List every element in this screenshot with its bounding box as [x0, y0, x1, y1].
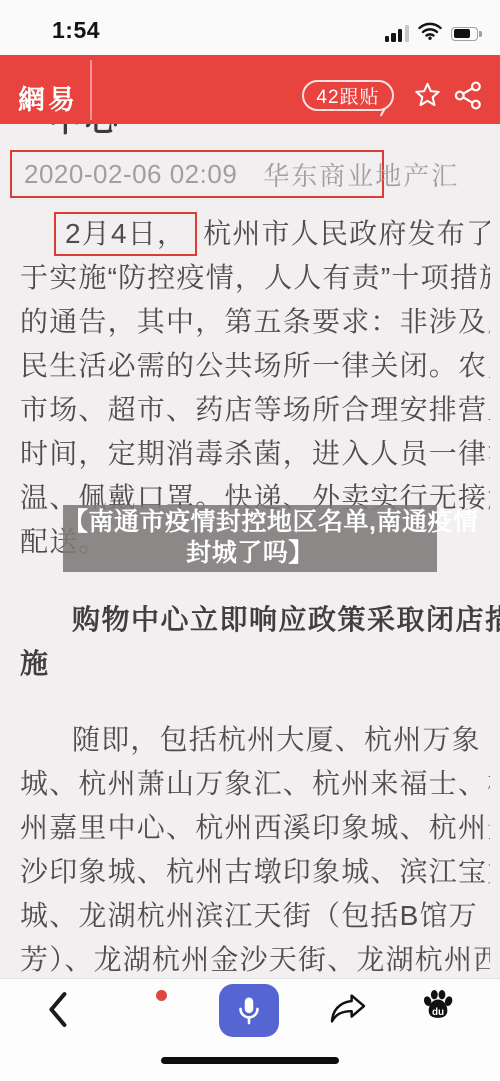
article-line: 于实施“防控疫情，人人有责”十项措施 — [20, 256, 490, 300]
status-bar: 1:54 — [0, 0, 500, 55]
article-line: 城、龙湖杭州滨江天街（包括B馆万 — [20, 894, 490, 938]
article-line: 的通告，其中，第五条要求：非涉及居 — [20, 300, 490, 344]
followups-label: 42跟贴 — [316, 82, 379, 109]
clipped-article-title-wrap: 中心 — [0, 124, 500, 150]
share-forward-button[interactable] — [328, 993, 368, 1030]
source-name: 华东商业地产汇 — [263, 156, 459, 193]
article-line-text: 杭州市人民政府发布了关 — [203, 212, 490, 256]
article-line: 民生活必需的公共场所一律关闭。农贸 — [20, 344, 490, 388]
svg-text:du: du — [432, 1007, 444, 1018]
voice-search-button[interactable] — [219, 984, 279, 1037]
paragraph-2: 随即，包括杭州大厦、杭州万象 城、杭州萧山万象汇、杭州来福士、杭 州嘉里中心、杭… — [0, 718, 500, 982]
article-scroll-area[interactable]: 中心 2020-02-06 02:09 华东商业地产汇 2月4日， 杭州市人民政… — [0, 124, 500, 982]
feed-list-button[interactable] — [131, 996, 173, 1026]
baidu-paw-icon: du — [421, 987, 455, 1021]
phone-screen: 1:54 網易 42跟贴 — [0, 0, 500, 1081]
article-line: 随即，包括杭州大厦、杭州万象 — [20, 718, 490, 762]
battery-icon — [451, 27, 478, 41]
date-annotation-box: 2月4日， — [54, 212, 197, 256]
netease-logo[interactable]: 網易 — [18, 78, 78, 117]
meta-annotation-box: 2020-02-06 02:09 华东商业地产汇 — [10, 150, 384, 198]
clock-time: 1:54 — [52, 17, 100, 44]
article-line: 城、杭州萧山万象汇、杭州来福士、杭 — [20, 762, 490, 806]
overlay-text-line: 【南通市疫情封控地区名单,南通疫情 — [63, 507, 437, 538]
overlay-text-line: 封城了吗】 — [63, 538, 437, 569]
browser-bottom-nav: du — [0, 978, 500, 1081]
section-heading: 购物中心立即响应政策采取闭店措 施 — [0, 598, 500, 686]
cellular-signal-icon — [385, 25, 409, 42]
status-icons — [385, 22, 478, 45]
app-header: 網易 42跟贴 — [0, 55, 500, 124]
heading-line: 施 — [20, 642, 500, 686]
heading-line: 购物中心立即响应政策采取闭店措 — [20, 598, 500, 642]
header-divider — [90, 60, 92, 120]
bubble-tail — [375, 106, 386, 117]
highlighted-date: 2月4日， — [65, 212, 186, 256]
home-indicator[interactable] — [161, 1057, 339, 1064]
article-line: 时间，定期消毒杀菌，进入人员一律测 — [20, 432, 490, 476]
microphone-icon — [232, 993, 266, 1029]
watermark-caption-overlay: 【南通市疫情封控地区名单,南通疫情 封城了吗】 — [63, 505, 437, 572]
article-line: 2月4日， 杭州市人民政府发布了关 — [20, 212, 490, 256]
followups-button[interactable]: 42跟贴 — [302, 80, 394, 111]
back-button[interactable] — [46, 991, 69, 1033]
wifi-icon — [418, 22, 442, 45]
share-nodes-icon[interactable] — [452, 80, 483, 116]
notification-dot — [156, 990, 167, 1001]
article-title-partial: 中心 — [49, 124, 500, 138]
article-line: 芳）、龙湖杭州金沙天街、龙湖杭州西 — [20, 938, 490, 982]
baidu-logo-button[interactable]: du — [421, 987, 455, 1026]
article-line: 市场、超市、药店等场所合理安排营业 — [20, 388, 490, 432]
star-favorite-icon[interactable] — [414, 81, 441, 113]
publish-datetime: 2020-02-06 02:09 — [24, 159, 237, 190]
article-line: 州嘉里中心、杭州西溪印象城、杭州金 — [20, 806, 490, 850]
article-line: 沙印象城、杭州古墩印象城、滨江宝龙 — [20, 850, 490, 894]
